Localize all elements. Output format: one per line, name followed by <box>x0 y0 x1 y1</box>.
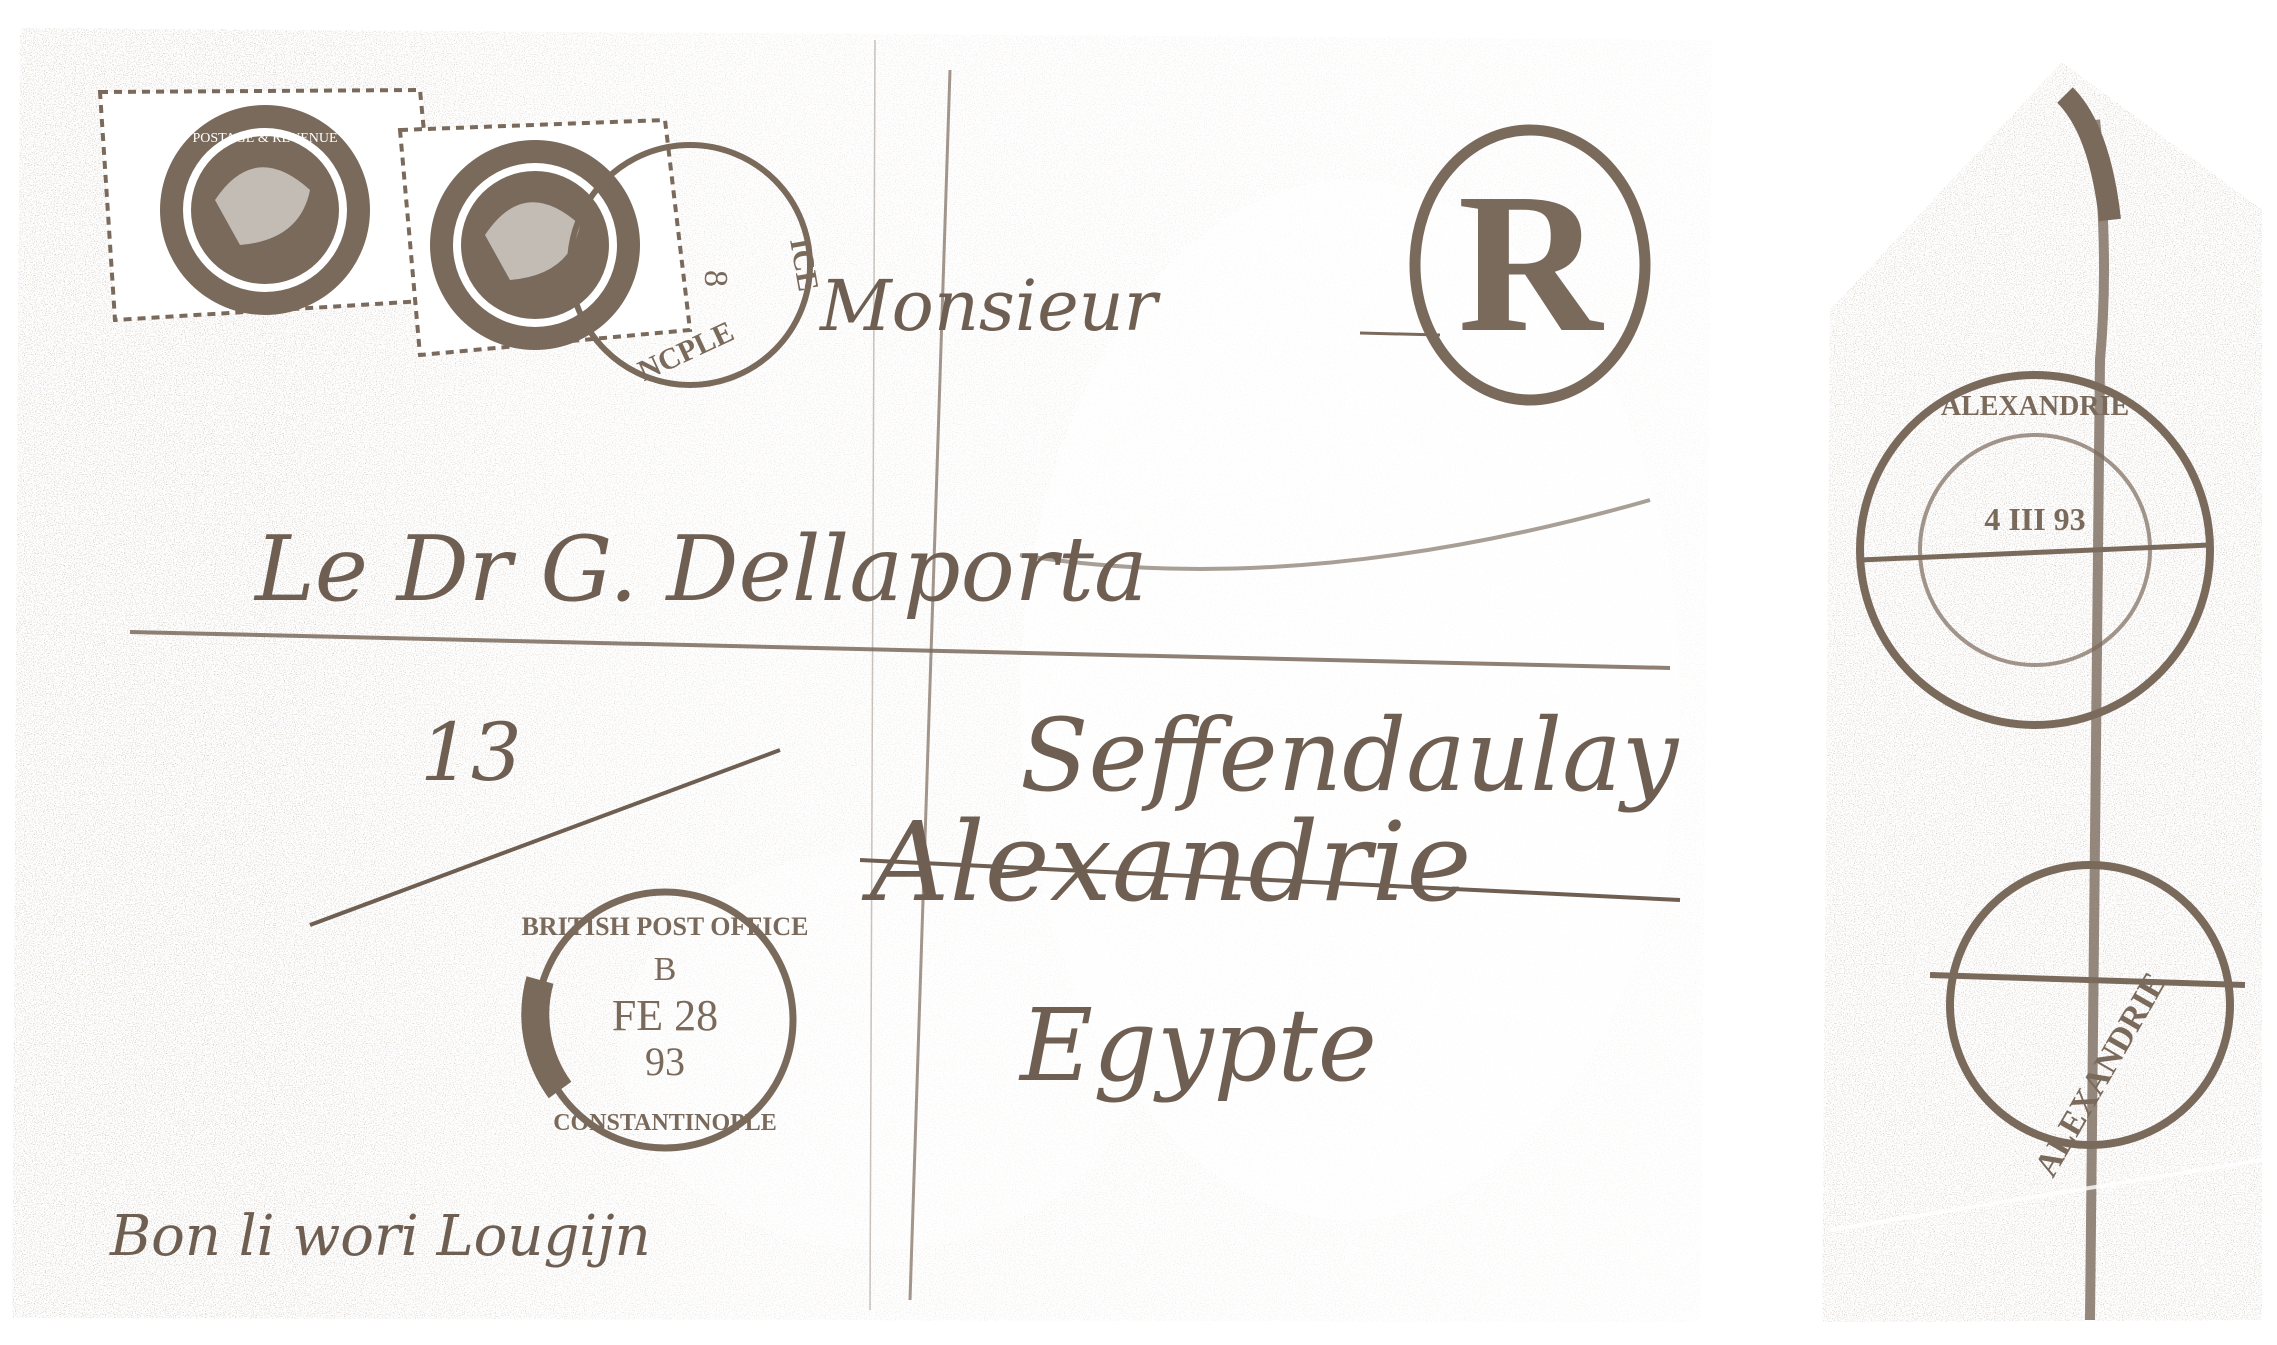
svg-text:BRITISH POST OFFICE: BRITISH POST OFFICE <box>521 912 808 941</box>
stamp-halfpenny-1: POSTAGE & REVENUE <box>100 90 440 320</box>
envelope-back-flap <box>1800 0 2277 1345</box>
svg-text:4 III 93: 4 III 93 <box>1984 501 2085 537</box>
envelope-scan: POSTAGE & REVENUE 8 NCPLE ICE R Monsieur… <box>0 0 2277 1345</box>
svg-text:Seffendaulay: Seffendaulay <box>1020 697 1680 814</box>
svg-text:R: R <box>1458 153 1605 374</box>
svg-text:CONSTANTINOPLE: CONSTANTINOPLE <box>553 1110 777 1136</box>
svg-text:POSTAGE & REVENUE: POSTAGE & REVENUE <box>192 131 337 146</box>
svg-text:ALEXANDRIE: ALEXANDRIE <box>1941 391 2129 422</box>
svg-text:Alexandrie: Alexandrie <box>861 798 1471 926</box>
svg-text:13: 13 <box>420 706 522 799</box>
svg-text:Egypte: Egypte <box>1018 987 1377 1104</box>
svg-text:8: 8 <box>697 270 734 287</box>
svg-text:FE 28: FE 28 <box>612 991 718 1040</box>
svg-text:B: B <box>654 951 677 988</box>
svg-text:Monsieur: Monsieur <box>818 265 1161 347</box>
svg-text:93: 93 <box>645 1039 685 1084</box>
sender-note: Bon li wori Lougijn <box>109 1204 651 1269</box>
svg-text:Le Dr G. Dellaporta: Le Dr G. Dellaporta <box>253 517 1148 622</box>
